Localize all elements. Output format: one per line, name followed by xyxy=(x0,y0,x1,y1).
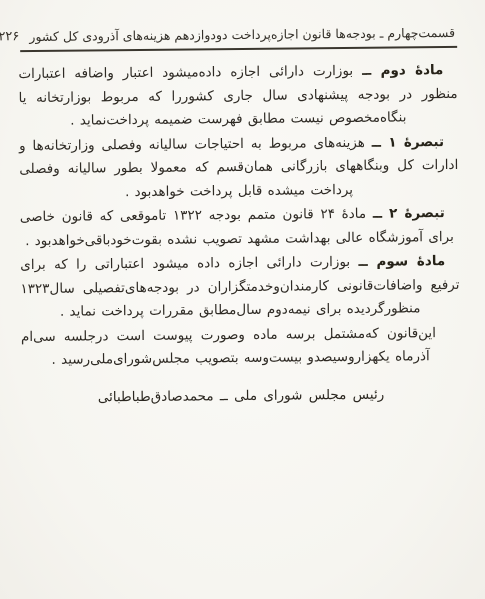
article-three-heading: مادهٔ سوم ــ xyxy=(358,253,445,270)
article-two-paragraph: مادهٔ دوم ــ بوزارت دارائی اجازه داده‌می… xyxy=(18,59,458,134)
page-header: قسمت‌چهارم ـ بودجه‌ها قانون اجازه‌پرداخت… xyxy=(18,24,457,45)
note-one-heading: تبصرهٔ ۱ ــ xyxy=(372,134,444,151)
article-three-paragraph: مادهٔ سوم ــ بوزارت دارائی اجازه داده می… xyxy=(20,250,460,325)
running-header-title: قسمت‌چهارم ـ بودجه‌ها قانون اجازه‌پرداخت… xyxy=(29,24,455,45)
header-divider xyxy=(20,46,457,52)
page-number: ۲۲۶ xyxy=(0,28,19,45)
article-two-heading: مادهٔ دوم ــ xyxy=(362,62,444,79)
note-two-paragraph: تبصرهٔ ۲ ــ مادهٔ ۲۴ قانون متمم بودجه ۱۳… xyxy=(20,202,459,253)
enactment-paragraph: این‌قانون که‌مشتمل برسه ماده وصورت پیوست… xyxy=(21,321,460,372)
scanned-document-page: قسمت‌چهارم ـ بودجه‌ها قانون اجازه‌پرداخت… xyxy=(0,0,485,599)
scan-content: قسمت‌چهارم ـ بودجه‌ها قانون اجازه‌پرداخت… xyxy=(0,0,485,599)
note-one-paragraph: تبصرهٔ ۱ ــ هزینه‌های مربوط به احتیاجات … xyxy=(19,130,459,205)
document-body: مادهٔ دوم ــ بوزارت دارائی اجازه داده‌می… xyxy=(18,59,460,373)
note-two-heading: تبصرهٔ ۲ ــ xyxy=(373,205,445,222)
signature-line: رئیس مجلس شورای ملی ــ محمدصادق‌طباطبائی xyxy=(21,385,460,405)
